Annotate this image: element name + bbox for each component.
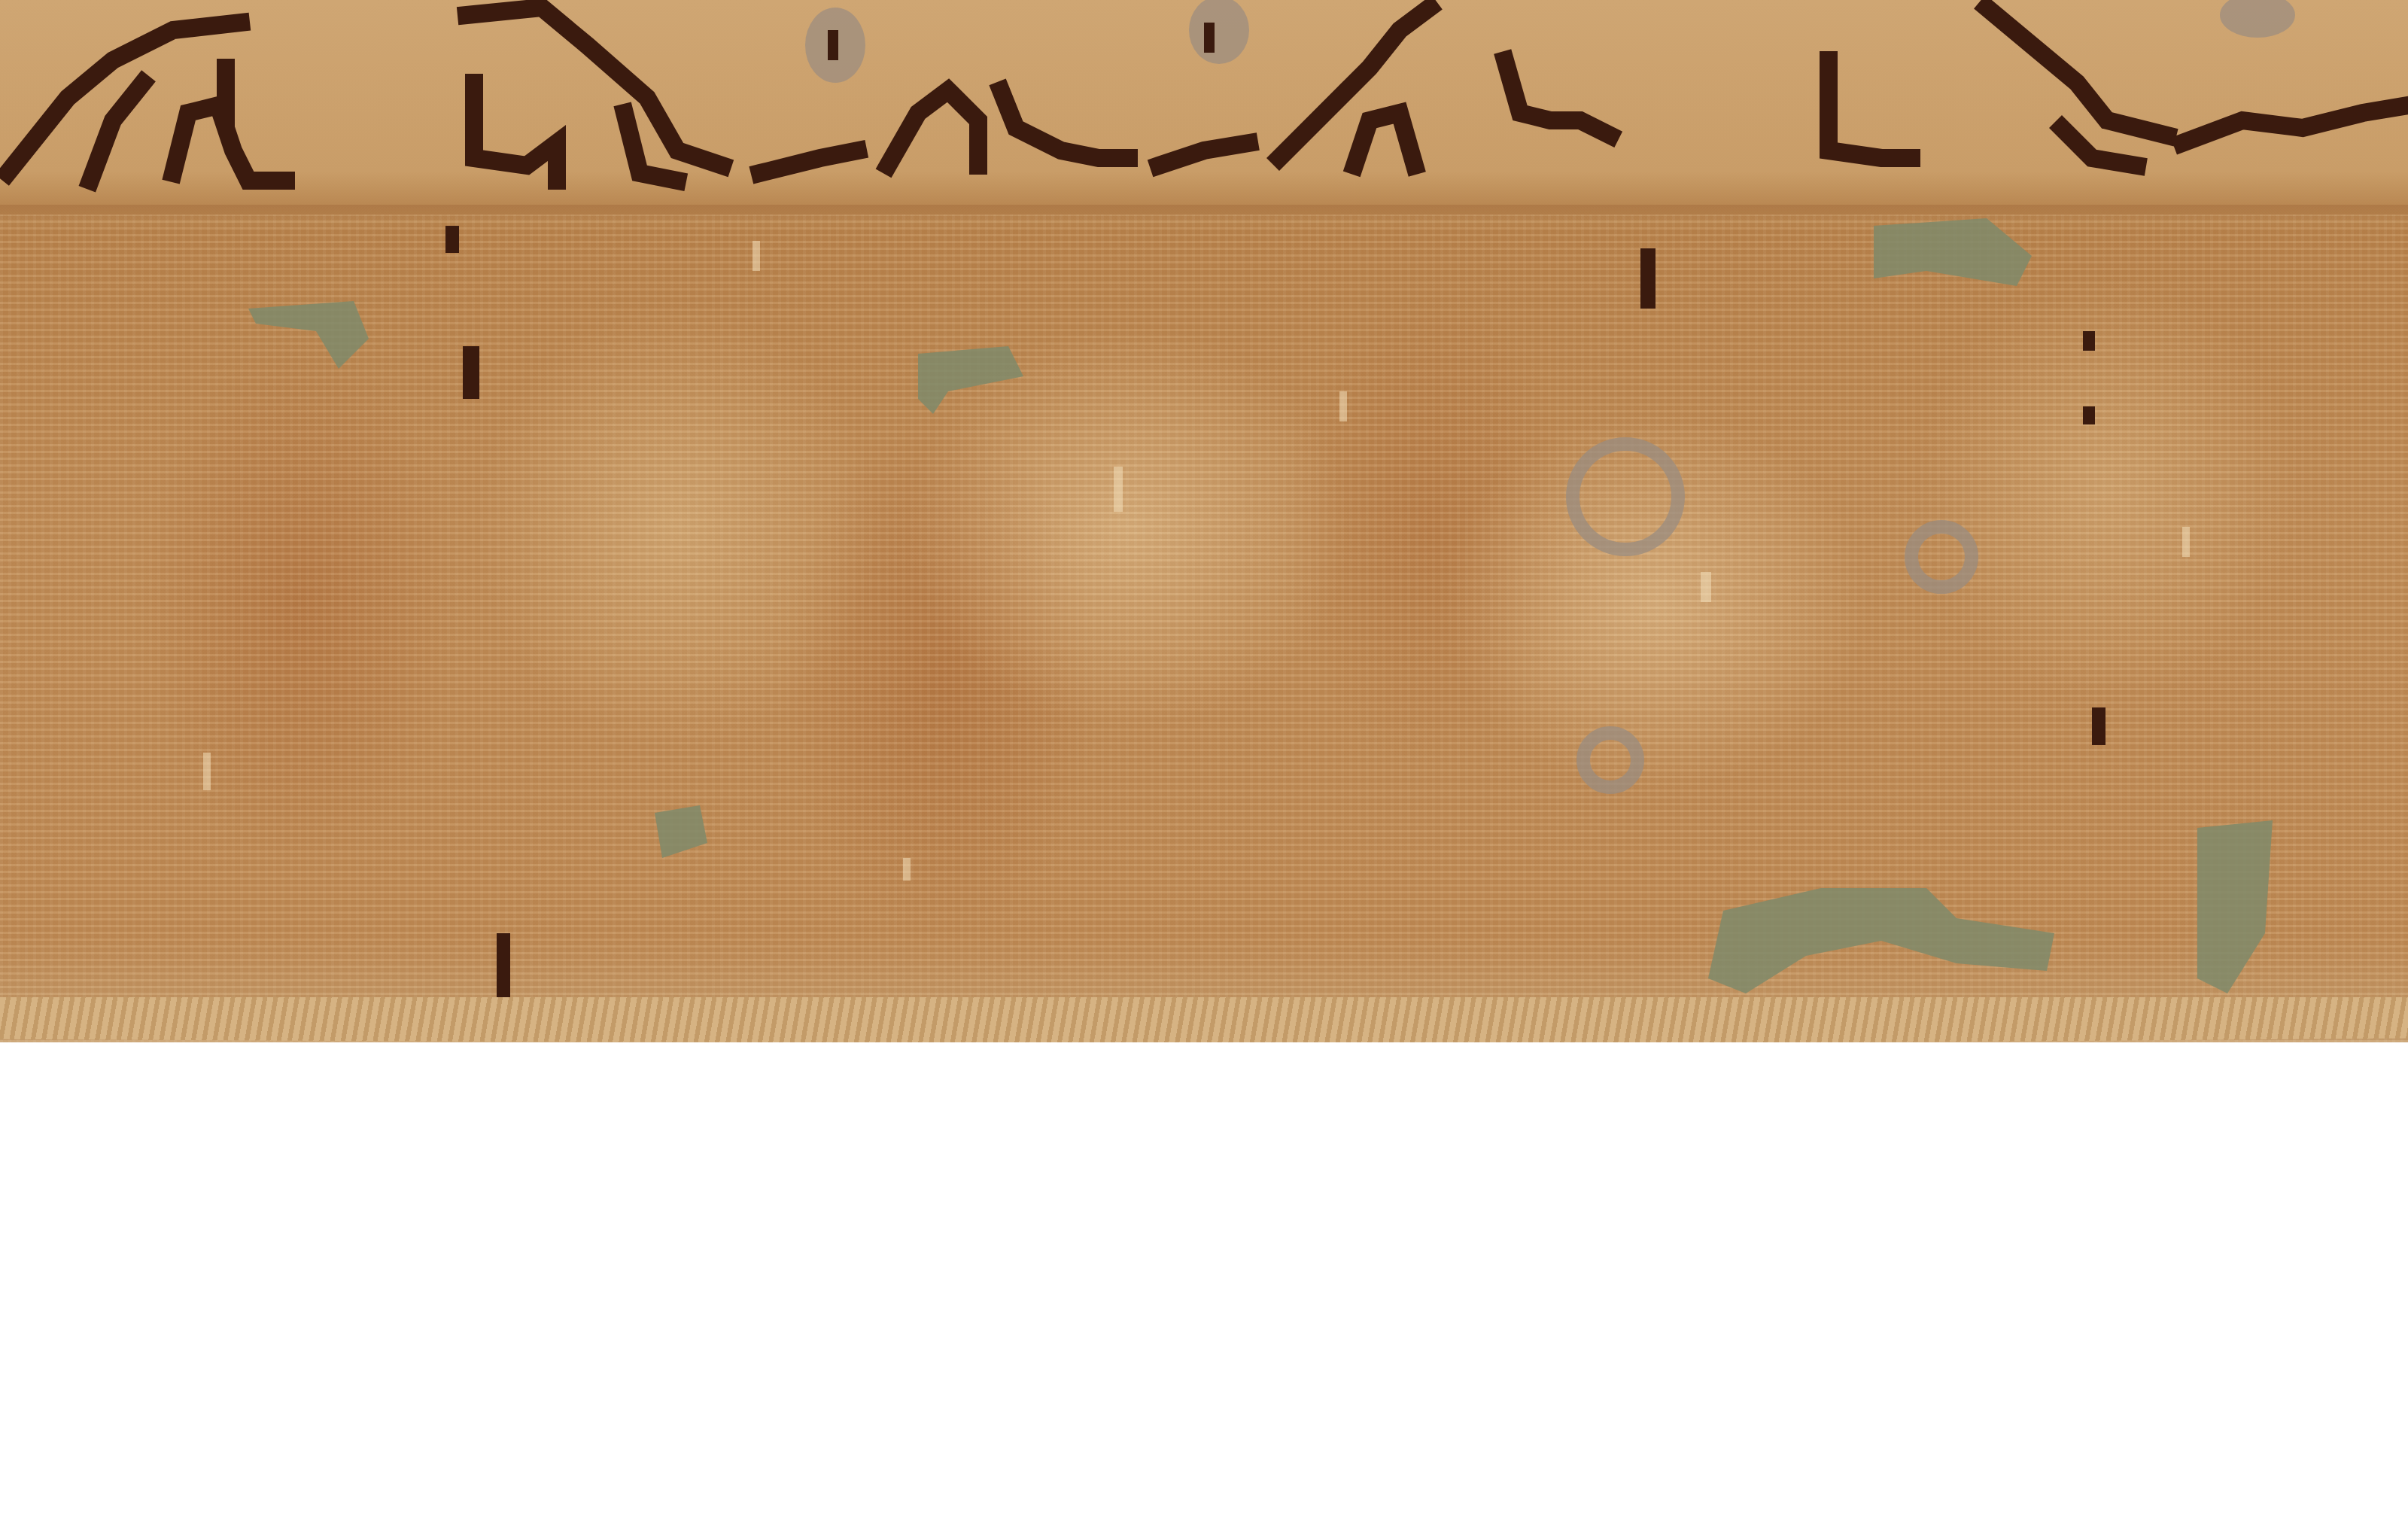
white-background: [0, 1044, 2408, 1515]
rug-edge-binding: [0, 997, 2408, 1042]
field-motifs: [0, 0, 2408, 1042]
rug-photo: [0, 0, 2408, 1042]
